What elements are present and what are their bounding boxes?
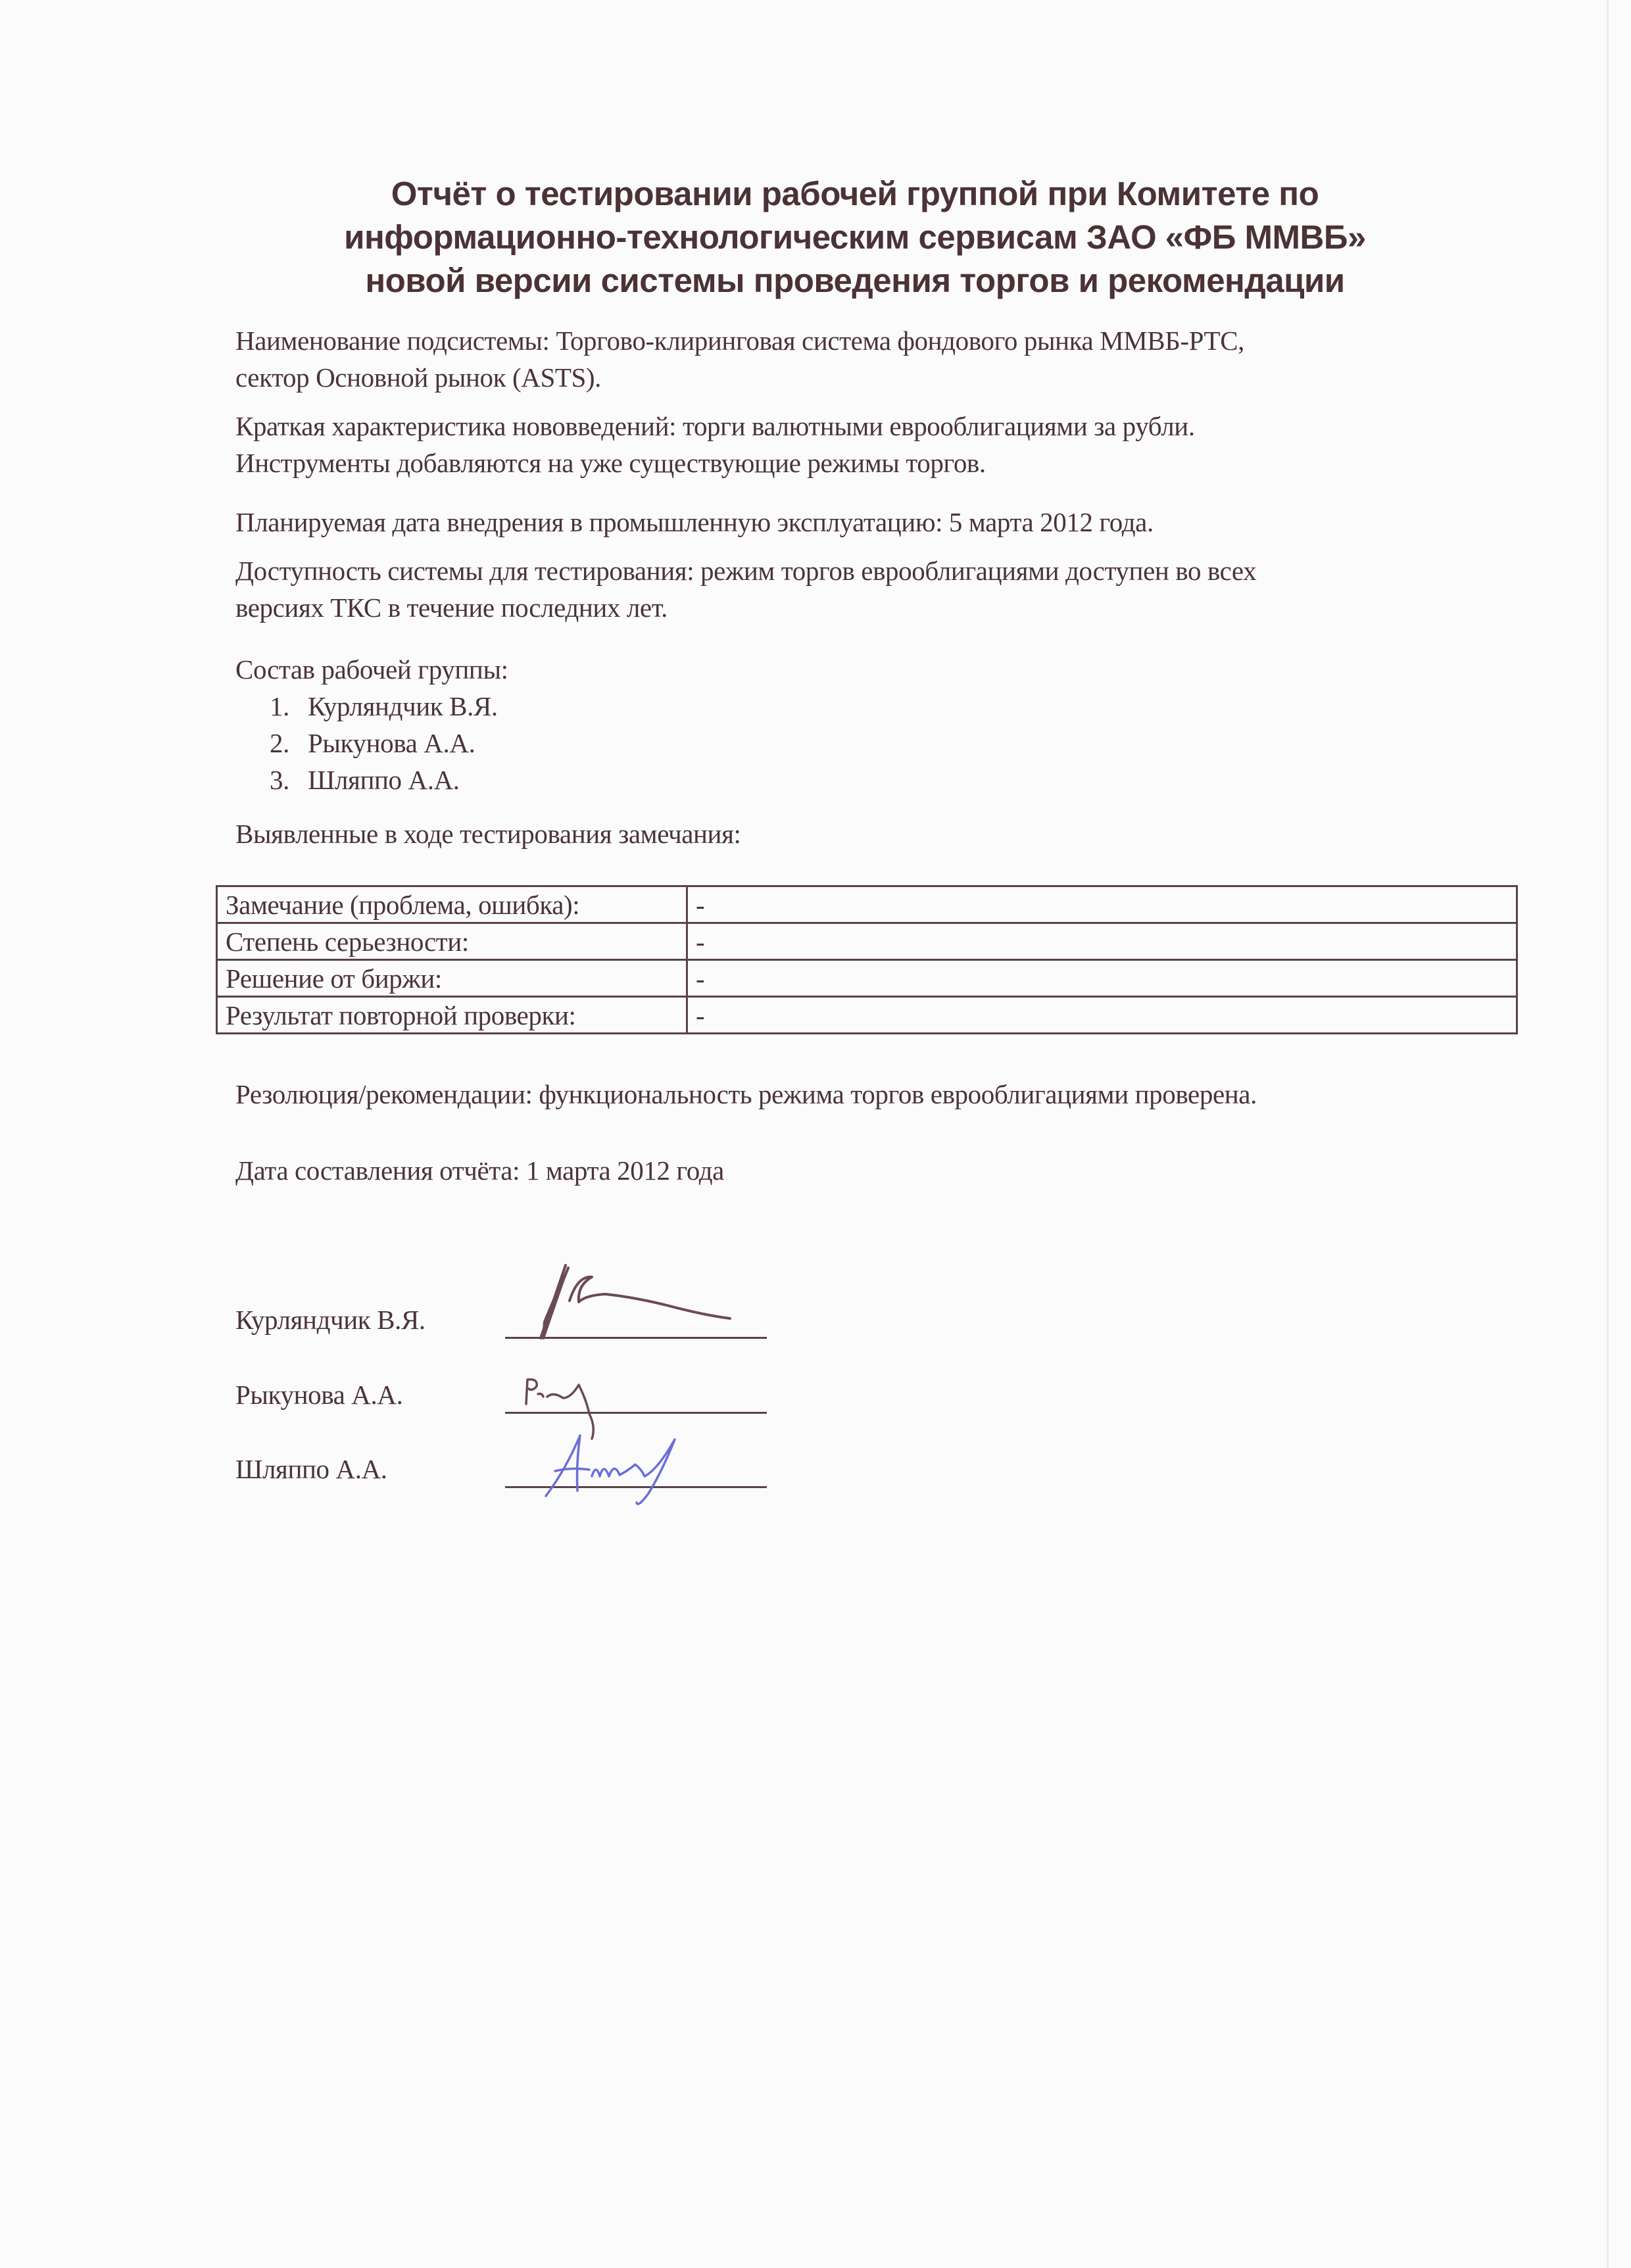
report-date: Дата составления отчёта: 1 марта 2012 го… <box>235 1152 1505 1189</box>
signatory-name-2: Рыкунова А.А. <box>235 1379 402 1411</box>
subsystem-paragraph: Наименование подсистемы: Торгово-клиринг… <box>235 322 1505 396</box>
table-row: Степень серьезности: - <box>217 923 1517 960</box>
list-number: 2. <box>270 725 308 761</box>
planned-date-paragraph: Планируемая дата внедрения в промышленну… <box>235 504 1505 541</box>
signatory-name-3: Шляппо А.А. <box>235 1453 387 1485</box>
row-label: Замечание (проблема, ошибка): <box>217 886 687 923</box>
title-line-2: информационно-технологическим сервисам З… <box>237 216 1473 259</box>
list-item: 1. Курляндчик В.Я. <box>235 688 508 725</box>
row-value: - <box>687 923 1517 960</box>
document-title: Отчёт о тестировании рабочей группой при… <box>237 172 1473 302</box>
list-item: 3. Шляппо А.А. <box>235 761 508 798</box>
remarks-heading: Выявленные в ходе тестирования замечания… <box>235 815 1505 852</box>
list-item: 2. Рыкунова А.А. <box>235 725 508 761</box>
availability-paragraph: Доступность системы для тестирования: ре… <box>235 552 1505 626</box>
signature-mark-1 <box>500 1249 776 1348</box>
signatory-name-1: Курляндчик В.Я. <box>235 1304 426 1336</box>
row-label: Результат повторной проверки: <box>217 997 687 1034</box>
working-group-heading: Состав рабочей группы: <box>235 651 508 688</box>
member-name: Рыкунова А.А. <box>308 725 475 761</box>
title-line-3: новой версии системы проведения торгов и… <box>237 259 1473 302</box>
innovations-paragraph: Краткая характеристика нововведений: тор… <box>235 408 1505 481</box>
row-label: Степень серьезности: <box>217 923 687 960</box>
resolution-paragraph: Резолюция/рекомендации: функциональность… <box>235 1076 1505 1113</box>
row-label: Решение от биржи: <box>217 960 687 997</box>
list-number: 3. <box>270 761 308 798</box>
row-value: - <box>687 960 1517 997</box>
member-name: Шляппо А.А. <box>308 761 460 798</box>
member-name: Курляндчик В.Я. <box>308 688 498 725</box>
list-number: 1. <box>270 688 308 725</box>
title-line-1: Отчёт о тестировании рабочей группой при… <box>237 172 1473 216</box>
availability-line-2: версиях ТКС в течение последних лет. <box>235 589 1505 626</box>
scan-page-edge <box>1607 0 1609 2268</box>
subsystem-line-1: Наименование подсистемы: Торгово-клиринг… <box>235 322 1505 359</box>
signature-mark-3 <box>546 1430 756 1516</box>
row-value: - <box>687 997 1517 1034</box>
working-group-list: Состав рабочей группы: 1. Курляндчик В.Я… <box>235 651 508 798</box>
table-row: Решение от биржи: - <box>217 960 1517 997</box>
innovations-line-2: Инструменты добавляются на уже существую… <box>235 445 1505 481</box>
table-row: Замечание (проблема, ошибка): - <box>217 886 1517 923</box>
subsystem-line-2: сектор Основной рынок (ASTS). <box>235 359 1505 396</box>
innovations-line-1: Краткая характеристика нововведений: тор… <box>235 408 1505 445</box>
availability-line-1: Доступность системы для тестирования: ре… <box>235 552 1505 589</box>
table-row: Результат повторной проверки: - <box>217 997 1517 1034</box>
row-value: - <box>687 886 1517 923</box>
remarks-table: Замечание (проблема, ошибка): - Степень … <box>216 885 1518 1034</box>
